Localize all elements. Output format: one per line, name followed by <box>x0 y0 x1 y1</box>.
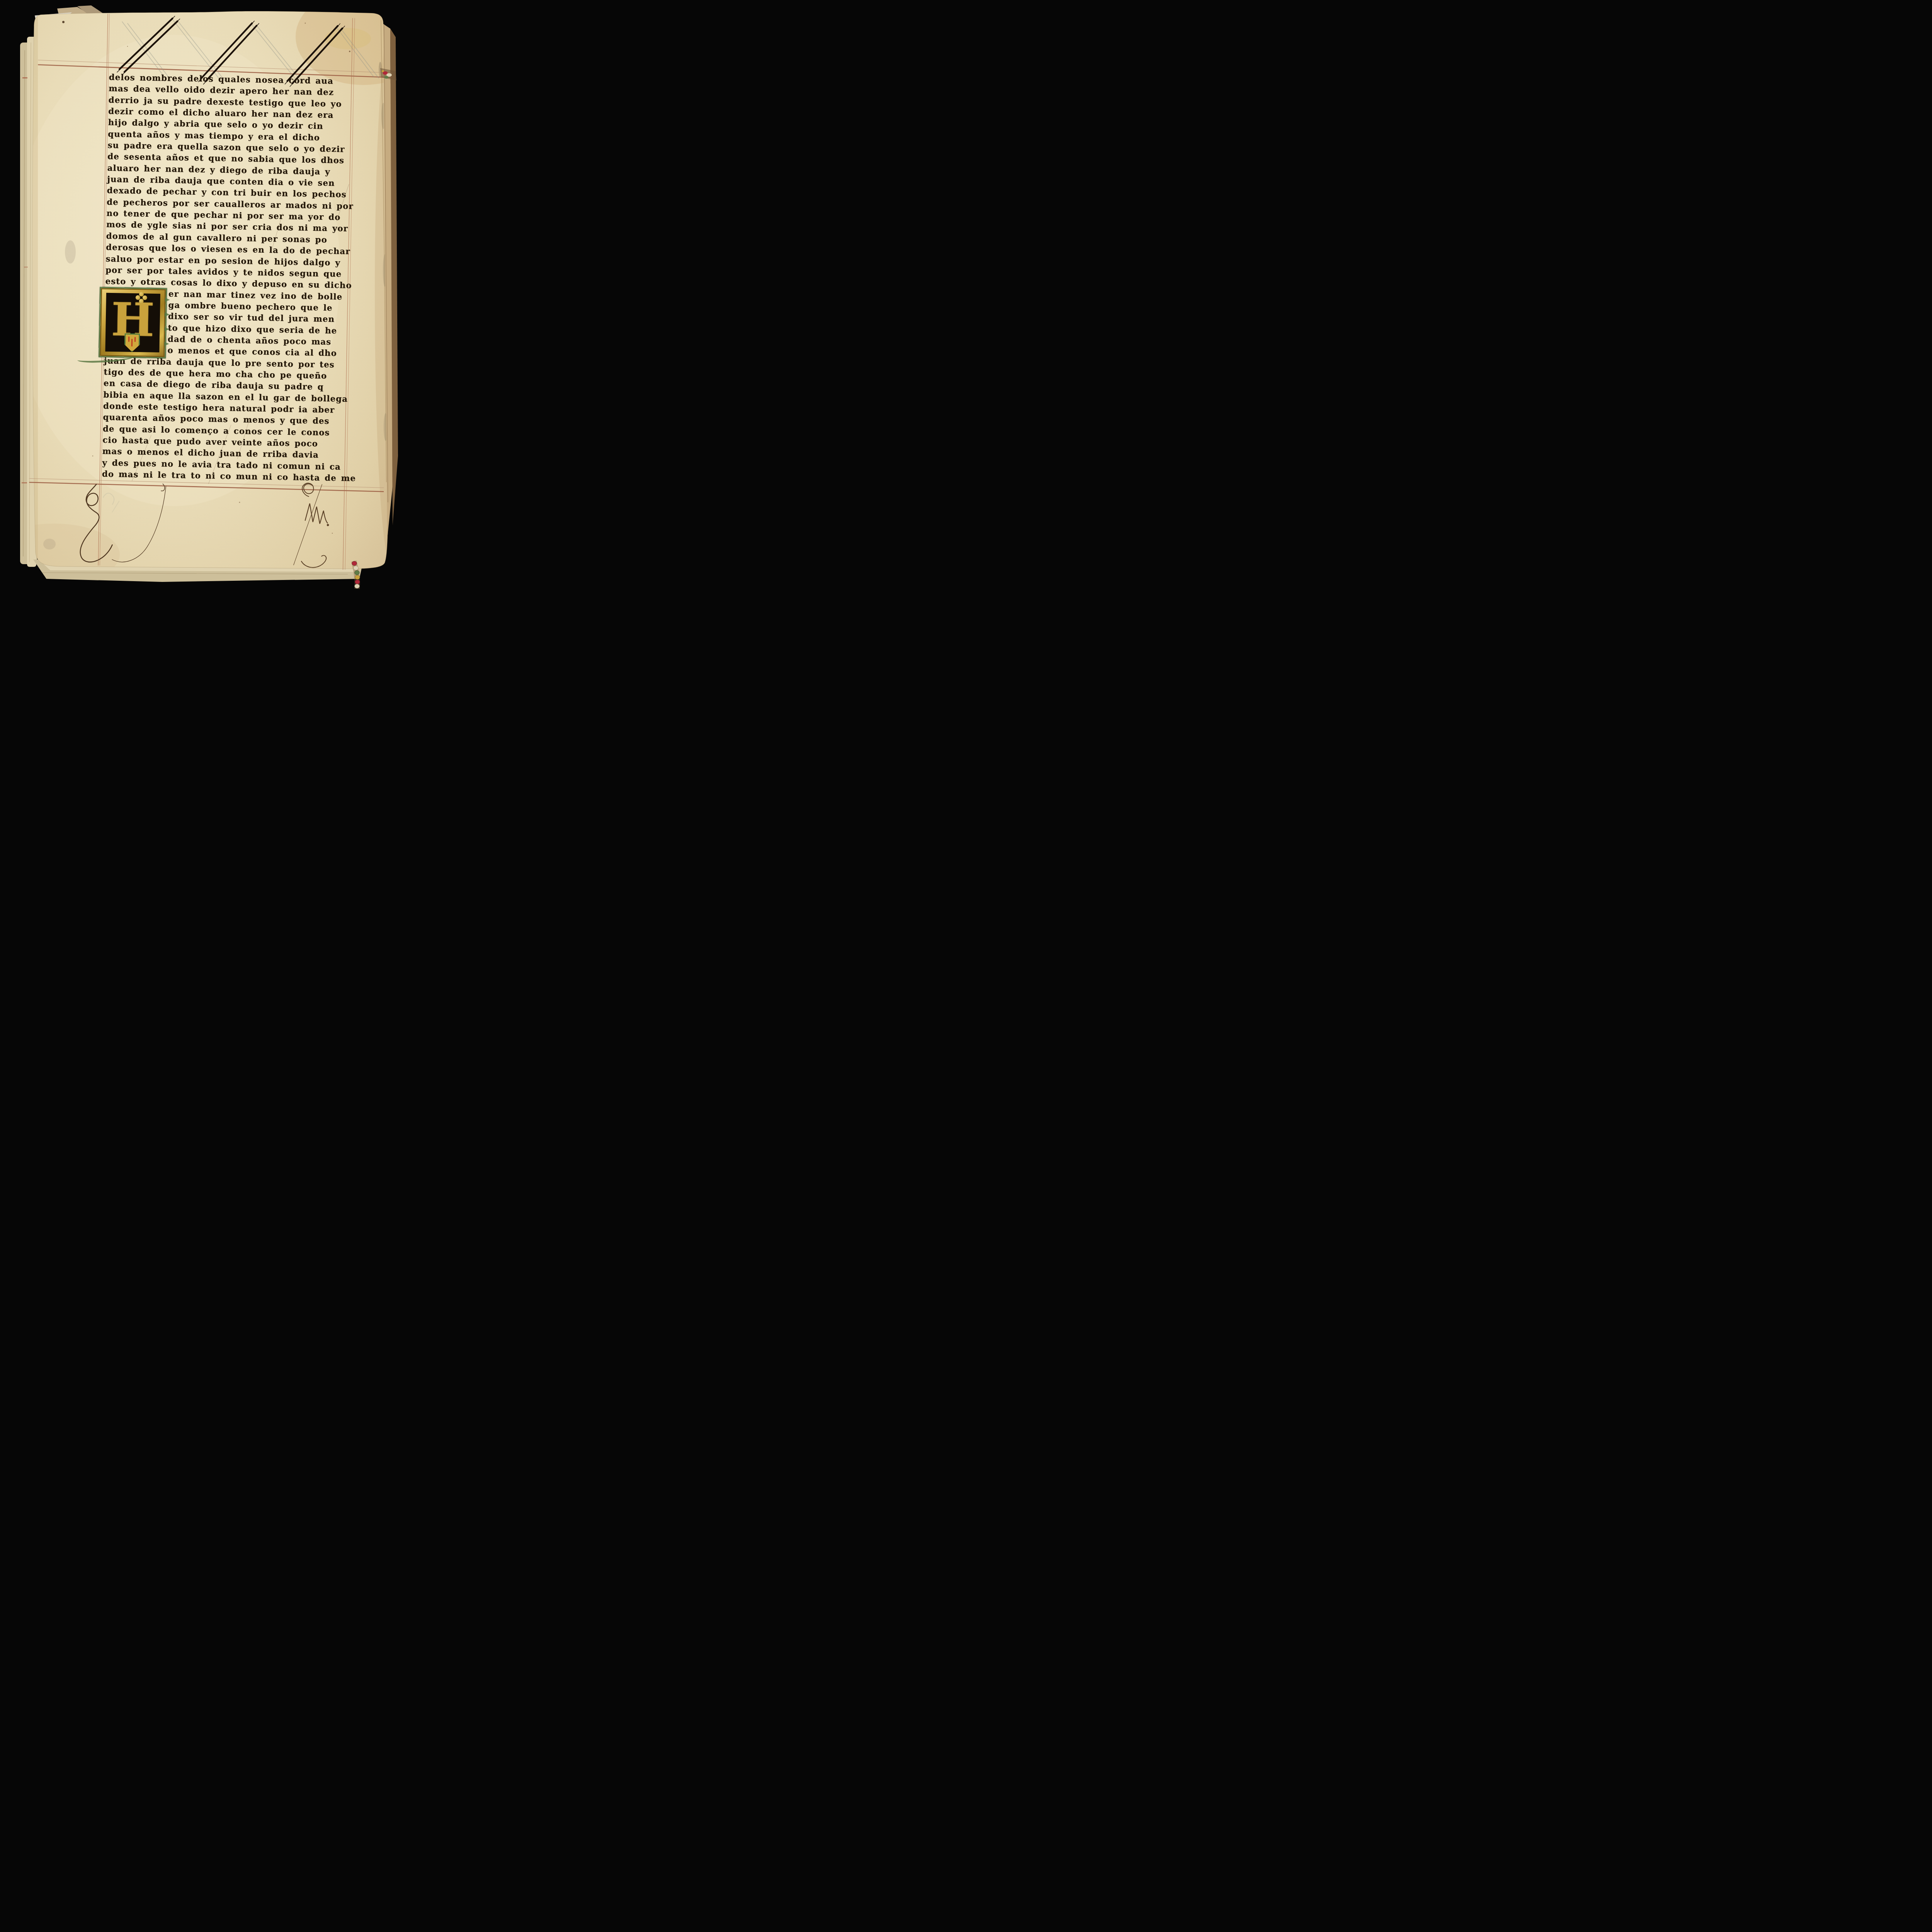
manuscript-photo: delos nombres delos quales nosea cord au… <box>0 0 403 589</box>
illuminated-initial: H <box>99 287 167 358</box>
text-block: delos nombres delos quales nosea cord au… <box>102 72 375 486</box>
quatrefoil-flower-icon <box>136 292 148 304</box>
